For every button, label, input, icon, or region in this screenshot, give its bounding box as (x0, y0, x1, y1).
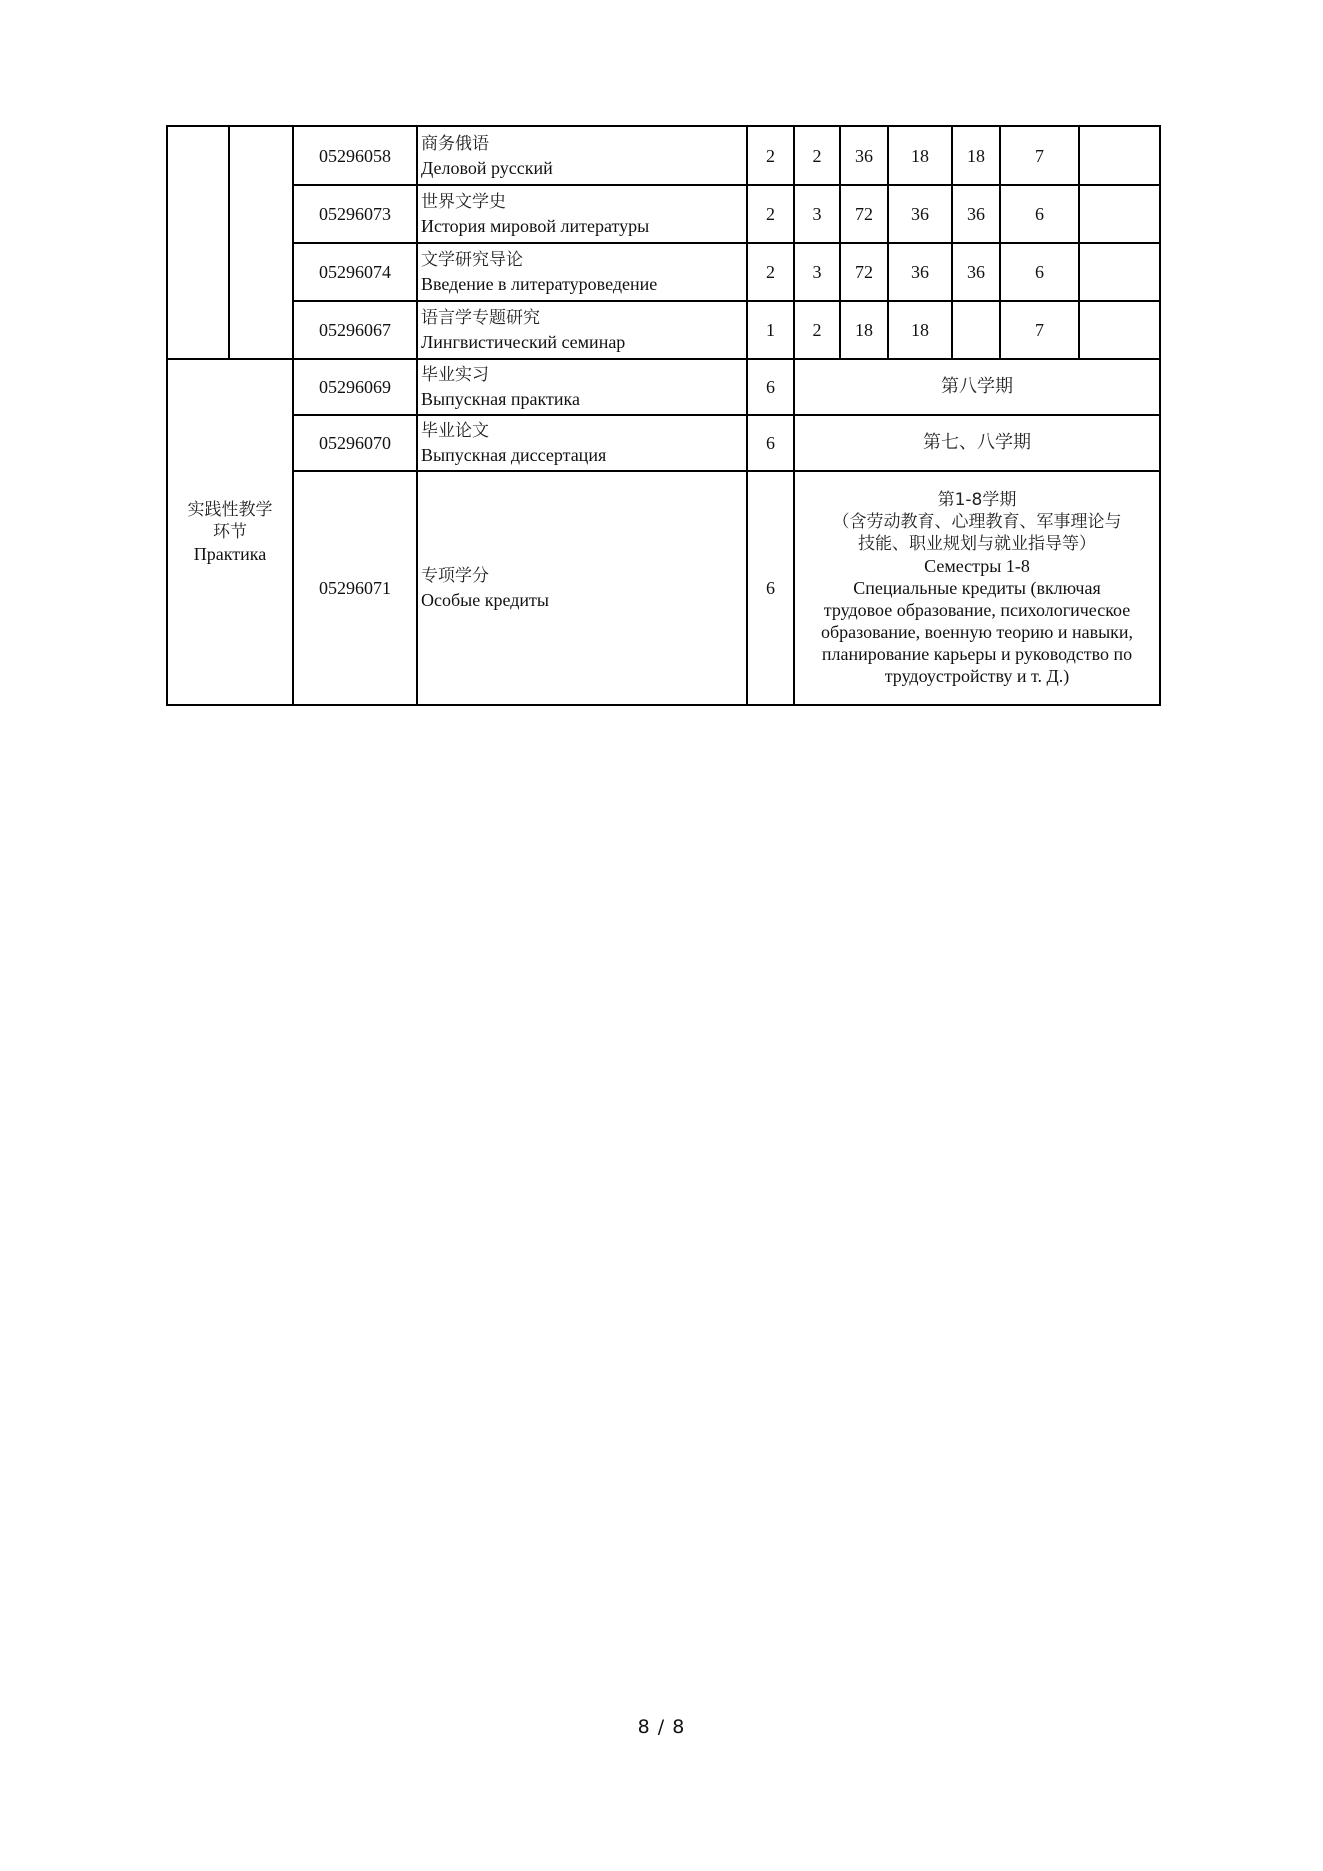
note-ru-line: Специальные кредиты (включая (799, 577, 1155, 599)
practice-hours: 18 (952, 126, 1000, 185)
total-hours: 72 (840, 185, 888, 243)
subcategory-cell (229, 126, 293, 359)
remark (1079, 185, 1160, 243)
document-page: 05296058 商务俄语 Деловой русский 2 2 36 18 … (0, 0, 1323, 1871)
note-ru-line: образование, военную теорию и навыки, (799, 621, 1155, 643)
credits: 2 (747, 185, 794, 243)
credits: 2 (747, 126, 794, 185)
course-name-zh: 文学研究导论 (421, 248, 746, 272)
course-name: 文学研究导论 Введение в литературоведение (417, 243, 747, 301)
course-name-zh: 毕业实习 (421, 363, 746, 387)
remark (1079, 126, 1160, 185)
credits: 6 (747, 471, 794, 705)
course-code: 05296058 (293, 126, 417, 185)
semester: 6 (1000, 243, 1079, 301)
course-name-zh: 毕业论文 (421, 419, 746, 443)
total-hours: 18 (840, 301, 888, 359)
table-row: 05296070 毕业论文 Выпускная диссертация 6 第七… (167, 415, 1160, 471)
note-zh-line: （含劳动教育、心理教育、军事理论与 (799, 511, 1155, 533)
course-name-ru: Особые кредиты (421, 588, 746, 612)
special-credits-note: 第1-8学期 （含劳动教育、心理教育、军事理论与 技能、职业规划与就业指导等） … (794, 471, 1160, 705)
course-name-ru: История мировой литературы (421, 214, 746, 238)
credits: 6 (747, 359, 794, 415)
category-label-zh-1: 实践性教学 (168, 499, 292, 521)
credits: 2 (747, 243, 794, 301)
course-name: 毕业论文 Выпускная диссертация (417, 415, 747, 471)
total-hours: 72 (840, 243, 888, 301)
course-name-zh: 商务俄语 (421, 132, 746, 156)
category-label-zh-2: 环节 (168, 521, 292, 543)
category-label-ru: Практика (168, 543, 292, 565)
course-code: 05296071 (293, 471, 417, 705)
course-code: 05296073 (293, 185, 417, 243)
practice-hours: 36 (952, 185, 1000, 243)
category-cell (167, 126, 229, 359)
page-number: 8 / 8 (0, 1716, 1323, 1738)
weekly-hours: 2 (794, 126, 840, 185)
table-row: 05296074 文学研究导论 Введение в литературовед… (167, 243, 1160, 301)
course-name: 专项学分 Особые кредиты (417, 471, 747, 705)
course-name-zh: 世界文学史 (421, 190, 746, 214)
semester: 6 (1000, 185, 1079, 243)
table-row: 实践性教学 环节 Практика 05296069 毕业实习 Выпускна… (167, 359, 1160, 415)
course-name: 语言学专题研究 Лингвистический семинар (417, 301, 747, 359)
practice-hours: 36 (952, 243, 1000, 301)
course-name-ru: Деловой русский (421, 156, 746, 180)
course-code: 05296070 (293, 415, 417, 471)
practice-category-cell: 实践性教学 环节 Практика (167, 359, 293, 705)
course-name: 世界文学史 История мировой литературы (417, 185, 747, 243)
remark (1079, 243, 1160, 301)
course-code: 05296074 (293, 243, 417, 301)
semester: 7 (1000, 301, 1079, 359)
total-hours: 36 (840, 126, 888, 185)
practice-hours (952, 301, 1000, 359)
remark (1079, 301, 1160, 359)
weekly-hours: 3 (794, 185, 840, 243)
course-name-ru: Выпускная диссертация (421, 443, 746, 467)
semester-note: 第七、八学期 (794, 415, 1160, 471)
weekly-hours: 3 (794, 243, 840, 301)
semester: 7 (1000, 126, 1079, 185)
course-name-zh: 专项学分 (421, 564, 746, 588)
note-ru-line: трудоустройству и т. Д.) (799, 665, 1155, 687)
note-ru-line: трудовое образование, психологическое (799, 599, 1155, 621)
course-name-ru: Введение в литературоведение (421, 272, 746, 296)
note-zh-line: 第1-8学期 (799, 489, 1155, 511)
course-name-zh: 语言学专题研究 (421, 306, 746, 330)
weekly-hours: 2 (794, 301, 840, 359)
note-ru-line: планирование карьеры и руководство по (799, 643, 1155, 665)
table-row: 05296071 专项学分 Особые кредиты 6 第1-8学期 （含… (167, 471, 1160, 705)
lecture-hours: 18 (888, 301, 952, 359)
course-name-ru: Выпускная практика (421, 387, 746, 411)
course-name: 毕业实习 Выпускная практика (417, 359, 747, 415)
credits: 6 (747, 415, 794, 471)
semester-note: 第八学期 (794, 359, 1160, 415)
course-name-ru: Лингвистический семинар (421, 330, 746, 354)
note-ru-line: Семестры 1-8 (799, 555, 1155, 577)
table-row: 05296058 商务俄语 Деловой русский 2 2 36 18 … (167, 126, 1160, 185)
note-zh-line: 技能、职业规划与就业指导等） (799, 533, 1155, 555)
table-row: 05296073 世界文学史 История мировой литератур… (167, 185, 1160, 243)
lecture-hours: 36 (888, 185, 952, 243)
table-row: 05296067 语言学专题研究 Лингвистический семинар… (167, 301, 1160, 359)
credits: 1 (747, 301, 794, 359)
lecture-hours: 36 (888, 243, 952, 301)
course-code: 05296069 (293, 359, 417, 415)
course-name: 商务俄语 Деловой русский (417, 126, 747, 185)
course-code: 05296067 (293, 301, 417, 359)
curriculum-table: 05296058 商务俄语 Деловой русский 2 2 36 18 … (166, 125, 1161, 706)
lecture-hours: 18 (888, 126, 952, 185)
